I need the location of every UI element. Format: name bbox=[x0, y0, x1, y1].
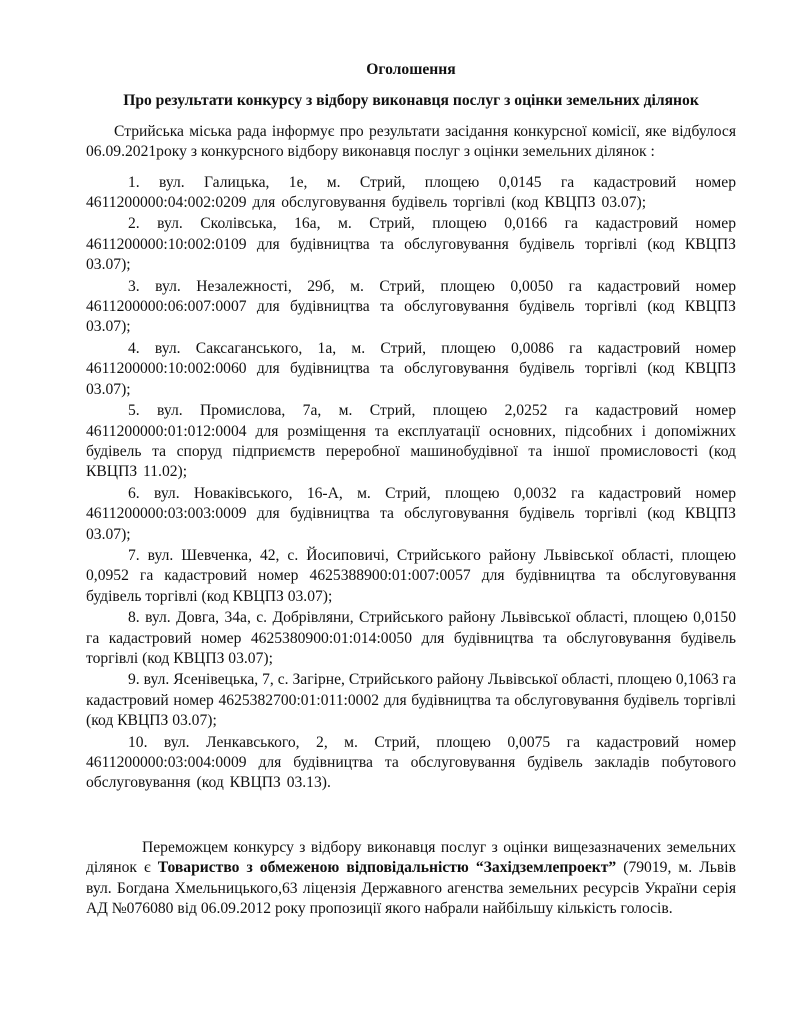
list-item: 5. вул. Промислова, 7а, м. Стрий, площею… bbox=[86, 401, 736, 483]
list-item: 10. вул. Ленкавського, 2, м. Стрий, площ… bbox=[86, 733, 736, 794]
winner-paragraph: Переможцем конкурсу з відбору виконавця … bbox=[86, 838, 736, 920]
list-item: 9. вул. Ясенівецька, 7, с. Загірне, Стри… bbox=[86, 670, 736, 731]
list-item: 6. вул. Новаківського, 16-А, м. Стрий, п… bbox=[86, 484, 736, 545]
winner-company: Товариство з обмеженою відповідальністю … bbox=[158, 859, 616, 876]
list-item: 8. вул. Довга, 34а, с. Добрівляни, Стрий… bbox=[86, 608, 736, 669]
intro-paragraph: Стрийська міська рада інформує про резул… bbox=[86, 122, 736, 163]
list-item: 2. вул. Сколівська, 16а, м. Стрий, площе… bbox=[86, 214, 736, 275]
land-plot-list: 1. вул. Галицька, 1е, м. Стрий, площею 0… bbox=[86, 173, 736, 794]
document-subtitle: Про результати конкурсу з відбору викона… bbox=[86, 91, 736, 111]
list-item: 1. вул. Галицька, 1е, м. Стрий, площею 0… bbox=[86, 173, 736, 214]
document-title: Оголошення bbox=[86, 60, 736, 80]
document-page: Оголошення Про результати конкурсу з від… bbox=[86, 60, 736, 919]
list-item: 3. вул. Незалежності, 29б, м. Стрий, пло… bbox=[86, 277, 736, 338]
list-item: 4. вул. Саксаганського, 1а, м. Стрий, пл… bbox=[86, 339, 736, 400]
list-item: 7. вул. Шевченка, 42, с. Йосиповичі, Стр… bbox=[86, 546, 736, 607]
